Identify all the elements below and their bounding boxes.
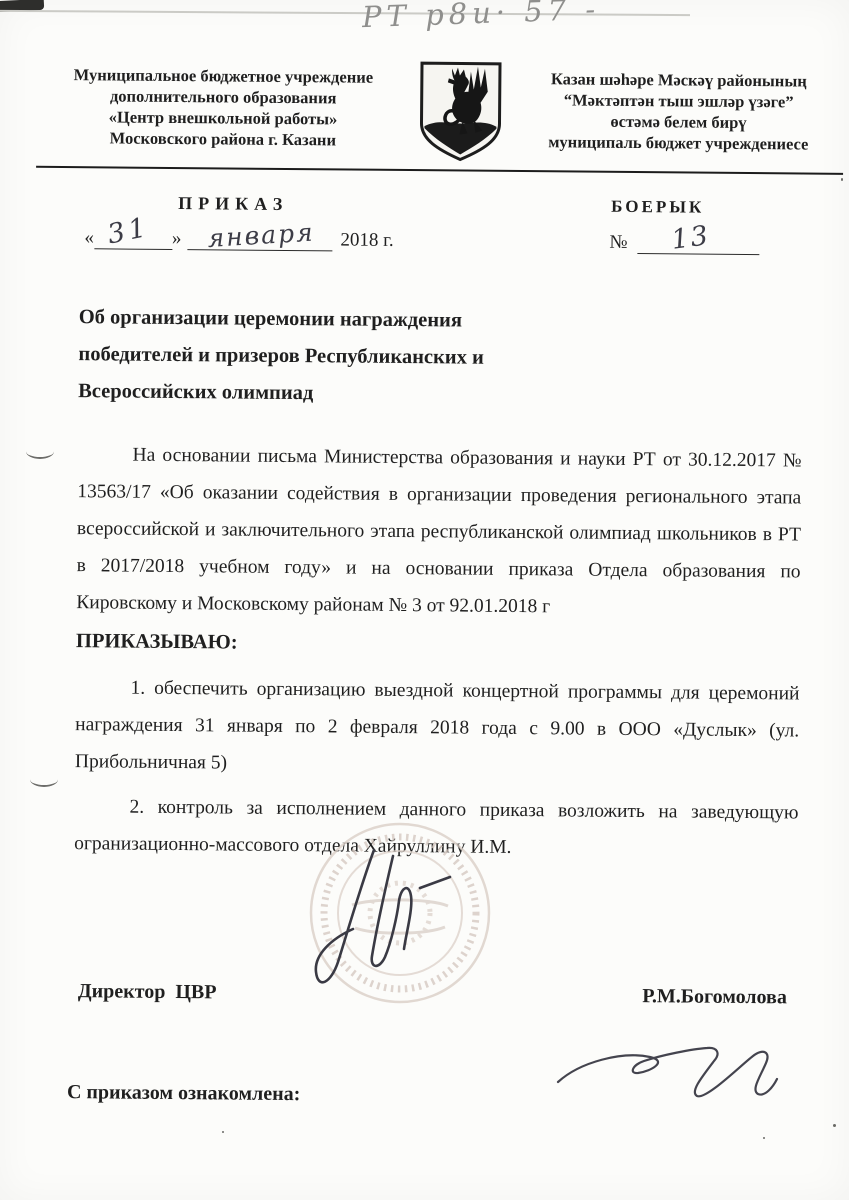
order-item-2: 2. контроль за исполнением данного прика…	[74, 788, 799, 868]
preamble-paragraph: На основании письма Министерства образов…	[76, 436, 802, 627]
org-name-right: Казан шәһәре Мәскәү районының “Мәктәптән…	[515, 62, 842, 167]
scan-speck	[763, 1137, 765, 1139]
date-year: 2018 г.	[340, 229, 393, 250]
close-quote: »	[172, 228, 182, 249]
coat-of-arms-icon	[405, 59, 516, 164]
order-subject: Об организации церемонии награждения поб…	[78, 299, 579, 414]
number-label: №	[609, 232, 627, 253]
decree-word: ПРИКАЗЫВАЮ:	[76, 621, 800, 667]
pencil-annotation: РТ р8и· 57 -	[361, 0, 600, 34]
org-name-line: Казан шәһәре Мәскәү районының	[516, 68, 842, 92]
org-name-left: Муниципальное бюджетное учреждение допол…	[40, 58, 406, 163]
order-heading-tt: БОЕРЫК	[467, 196, 849, 220]
subject-line: Всероссийских олимпиад	[78, 373, 578, 414]
date-number-row: «»2018 г. № 31 января 13	[0, 226, 849, 255]
org-name-line: Муниципальное бюджетное учреждение	[41, 64, 406, 88]
subject-line: победителей и призеров Республиканских и	[78, 336, 578, 377]
order-heading-ru: ПРИКАЗ	[0, 191, 467, 216]
org-name-line: “Мәктәптән тыш эшләр үзәге”	[516, 89, 842, 113]
subject-line: Об организации церемонии награждения	[79, 299, 579, 340]
number-value-handwritten: 13	[670, 220, 712, 256]
signature-row: Директор ЦВР Р.М.Богомолова	[78, 980, 787, 1009]
org-name-line: Московского района г. Казани	[40, 127, 405, 151]
org-name-line: өстәмә белем бирү	[515, 110, 841, 134]
scan-speck	[833, 1124, 836, 1127]
org-name-line: муниципаль бюджет учреждениесе	[515, 131, 841, 155]
header-divider	[36, 166, 843, 175]
order-item-1: 1. обеспечить организацию выездной конце…	[75, 669, 800, 786]
acknowledgement-label: С приказом ознакомлена:	[67, 1081, 841, 1111]
scanned-order-document: РТ р8и· 57 - Муниципальное бюджетное учр…	[0, 0, 849, 1200]
director-name: Р.М.Богомолова	[642, 985, 787, 1009]
letterhead: Муниципальное бюджетное учреждение допол…	[40, 58, 842, 167]
open-quote: «	[84, 227, 94, 248]
director-title: Директор ЦВР	[78, 980, 217, 1004]
scan-speck	[222, 1131, 224, 1133]
